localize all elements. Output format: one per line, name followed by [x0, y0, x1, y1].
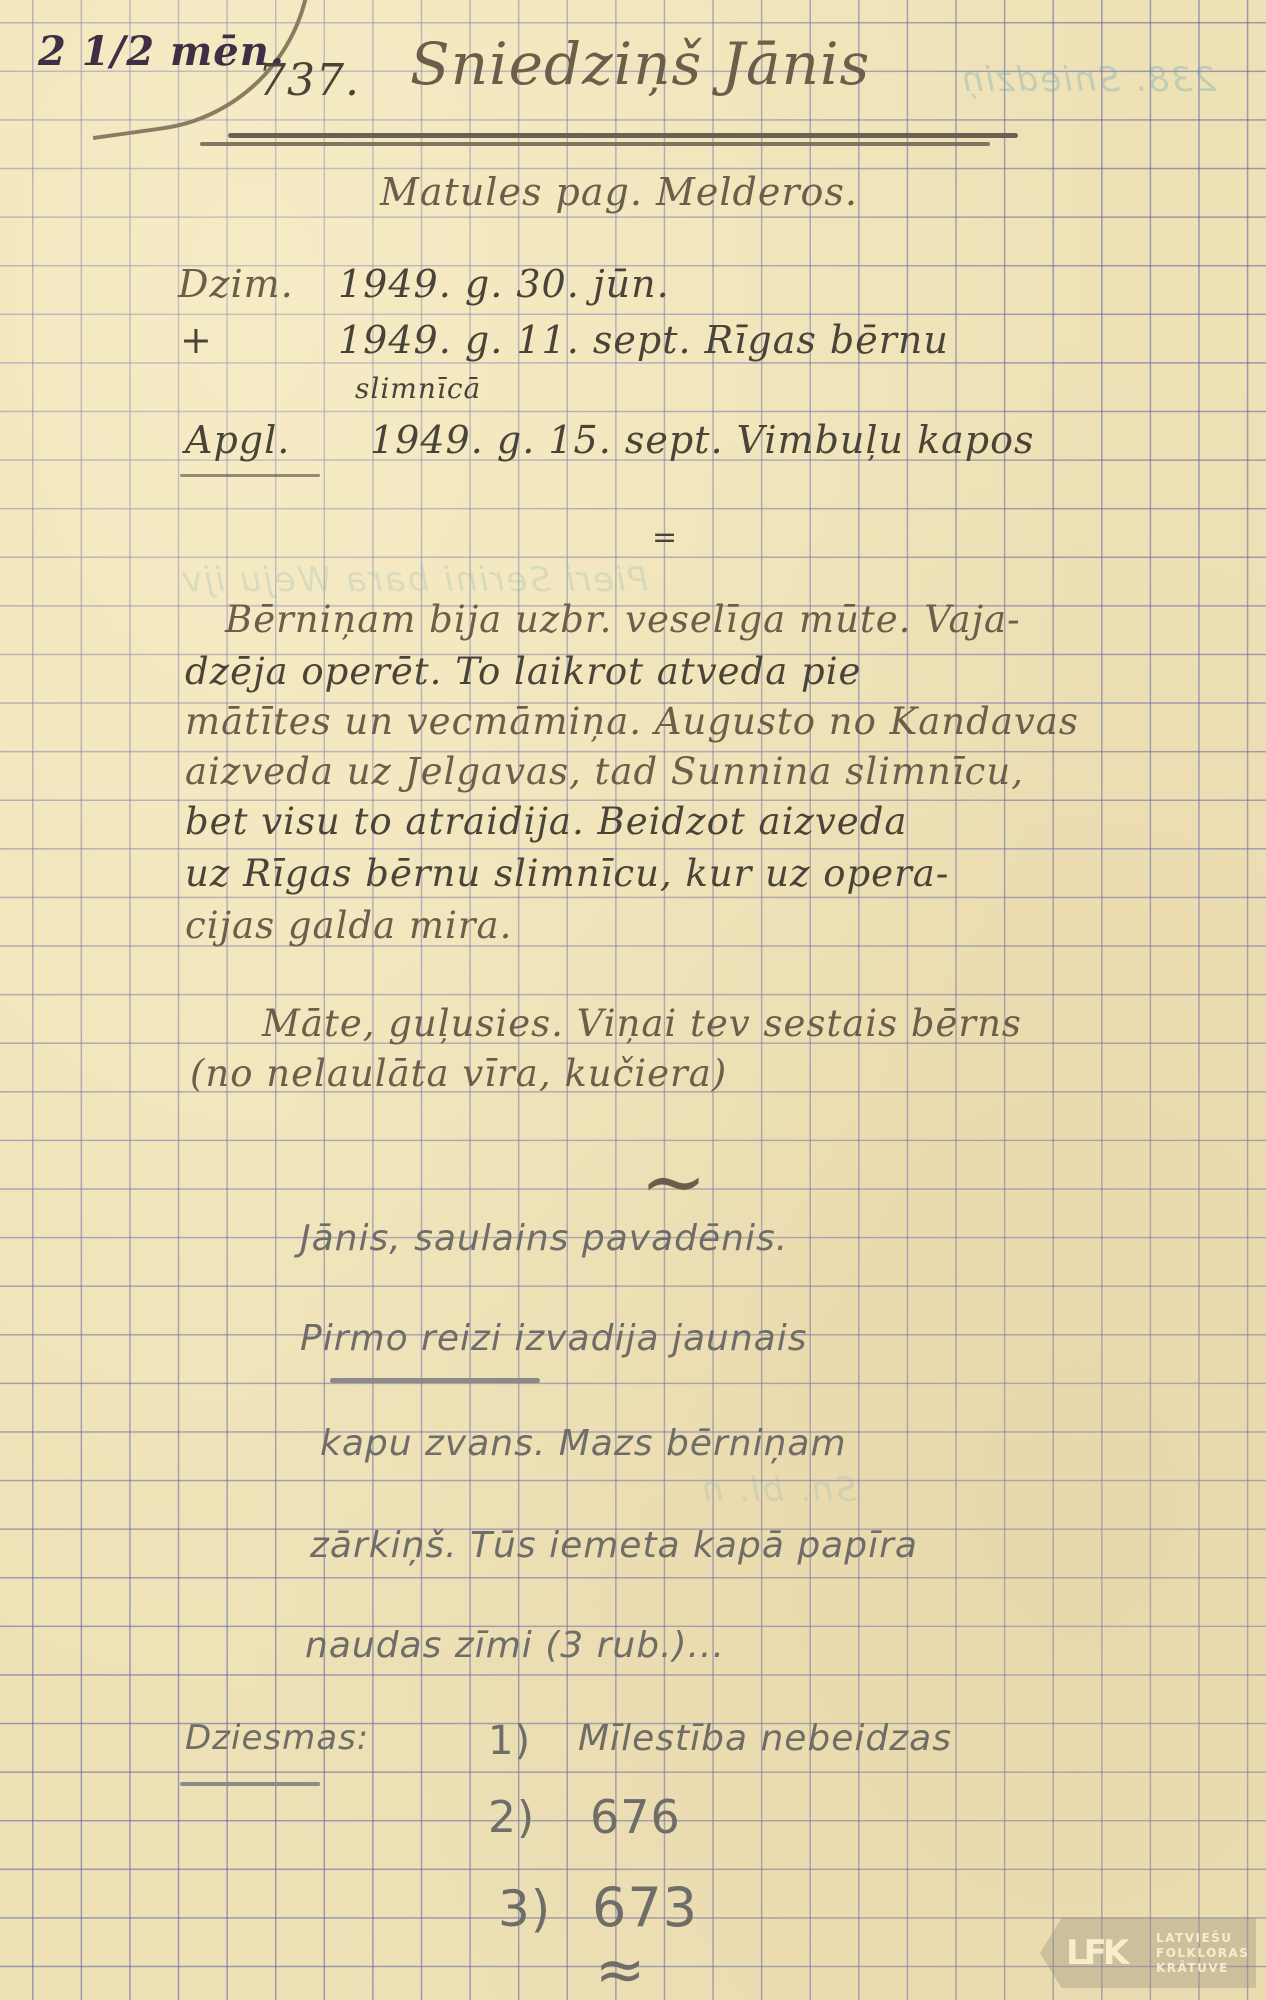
- bleed-through-text: Pieri Serini bara Weju ijv: [180, 560, 648, 600]
- corner-note: 2 1/2 mēn.: [38, 28, 285, 75]
- mother-line: (no nelaulāta vīra, kučiera): [190, 1052, 727, 1095]
- narrative-line: bet visu to atraidija. Beidzot aizveda: [185, 800, 907, 843]
- song-number: 1): [488, 1718, 531, 1764]
- pencil-line: Jānis, saulains pavadēnis.: [300, 1218, 788, 1259]
- title-underline: [200, 142, 990, 146]
- song-title: 673: [592, 1876, 698, 1939]
- death-date: 1949. g. 11. sept. Rīgas bērnu: [338, 318, 949, 362]
- end-flourish: ≈: [595, 1935, 646, 2000]
- watermark-line: FOLKLORAS: [1156, 1946, 1249, 1961]
- location: Matules pag. Melderos.: [380, 170, 858, 214]
- birth-date: 1949. g. 30. jūn.: [338, 262, 670, 306]
- mother-line: Māte, guļusies. Viņai tev sestais bērns: [262, 1002, 1022, 1045]
- entry-name: Sniedziņš Jānis: [410, 30, 870, 98]
- pencil-line: naudas zīmi (3 rub.)...: [305, 1625, 725, 1666]
- bleed-through-text: 238. Sniedziņ: [960, 60, 1216, 100]
- narrative-line: uz Rīgas bērnu slimnīcu, kur uz opera-: [185, 852, 949, 895]
- burial-date: 1949. g. 15. sept. Vimbuļu kapos: [370, 418, 1034, 462]
- song-title: Mīlestība nebeidzas: [578, 1718, 952, 1759]
- archive-watermark: LFK LATVIEŠU FOLKLORAS KRĀTUVE: [1040, 1918, 1256, 1988]
- separator: =: [652, 520, 678, 555]
- narrative-line: dzēja operēt. To laikrot atveda pie: [185, 650, 861, 693]
- narrative-line: cijas galda mira.: [185, 904, 512, 947]
- songs-label: Dziesmas:: [185, 1718, 369, 1758]
- burial-label-underline: [180, 474, 320, 477]
- pencil-line: kapu zvans. Mazs bērniņam: [320, 1423, 847, 1464]
- death-symbol: +: [180, 318, 213, 362]
- pencil-line: zārkiņš. Tūs iemeta kapā papīra: [310, 1525, 918, 1566]
- watermark-line: LATVIEŠU: [1156, 1931, 1249, 1946]
- archive-logo-icon: LFK: [1066, 1933, 1146, 1973]
- birth-label: Dzim.: [178, 262, 294, 306]
- narrative-line: Bērniņam bija uzbr. veselīga mūte. Vaja-: [225, 598, 1021, 641]
- document-page: 238. Sniedziņ Pieri Serini bara Weju ijv…: [0, 0, 1266, 2000]
- burial-label: Apgl.: [185, 418, 290, 462]
- songs-label-underline: [180, 1782, 320, 1786]
- narrative-line: mātītes un vecmāmiņa. Augusto no Kandava…: [185, 700, 1079, 743]
- song-number: 3): [498, 1880, 551, 1938]
- narrative-line: aizveda uz Jelgavas, tad Sunnina slimnīc…: [185, 750, 1024, 793]
- pencil-line: Pirmo reizi izvadija jaunais: [300, 1318, 807, 1359]
- entry-number: 737.: [258, 55, 360, 106]
- song-number: 2): [488, 1792, 535, 1843]
- watermark-line: KRĀTUVE: [1156, 1961, 1249, 1976]
- song-title: 676: [590, 1790, 681, 1844]
- divider-flourish: ~: [640, 1135, 708, 1228]
- death-place-cont: slimnīcā: [355, 372, 481, 405]
- title-underline: [228, 133, 1018, 138]
- pencil-underline: [330, 1378, 540, 1383]
- bleed-through-text: Sn. bl. n: [700, 1470, 857, 1510]
